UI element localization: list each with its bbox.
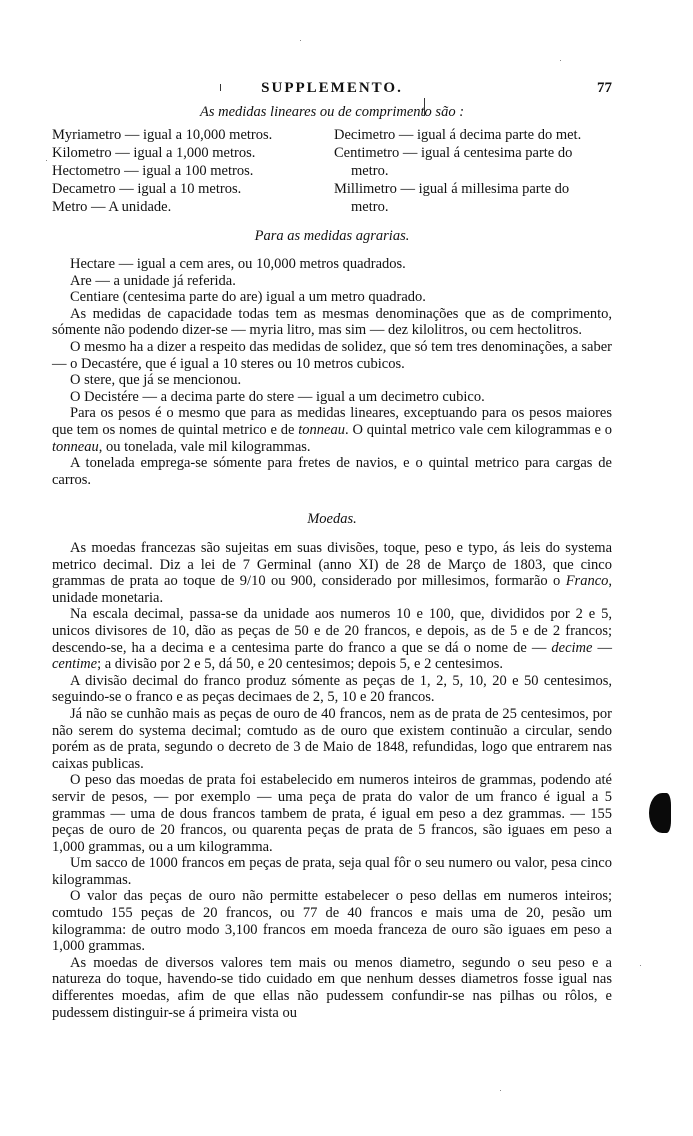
scan-speck xyxy=(46,160,47,161)
paragraph-franc-division: A divisão decimal do franco produz sómen… xyxy=(52,673,612,706)
italic-term: tonneau xyxy=(298,422,345,438)
agrarian-heading: Para as medidas agrarias. xyxy=(52,228,612,245)
paragraph-stere: O stere, que já se mencionou. xyxy=(52,372,612,389)
paragraph-diameters: As moedas de diversos valores tem mais o… xyxy=(52,955,612,1021)
unit-myriametro: Myriametro — igual a 10,000 metros. xyxy=(52,126,327,144)
unit-decametro: Decametro — igual a 10 metros. xyxy=(52,180,327,198)
paragraph-are: Are — a unidade já referida. xyxy=(52,273,612,290)
italic-term: centime xyxy=(52,656,97,672)
paragraph-capacity: As medidas de capacidade todas tem as me… xyxy=(52,306,612,339)
paragraph-solidity: O mesmo ha a dizer a respeito das medida… xyxy=(52,339,612,372)
text-run: Na escala decimal, passa-se da unidade a… xyxy=(52,606,612,655)
text-run: , ou tonelada, vale mil kilogrammas. xyxy=(99,439,311,455)
text-run: ; a divisão por 2 e 5, dá 50, e 20 cente… xyxy=(97,656,503,672)
running-title: SUPPLEMENTO. xyxy=(52,80,612,97)
running-head: SUPPLEMENTO. 77 xyxy=(52,80,612,100)
scan-speck xyxy=(500,1090,501,1091)
linear-measures-heading: As medidas lineares ou de comprimento sã… xyxy=(52,104,612,121)
units-right-column: Decimetro — igual á decima parte do met.… xyxy=(334,126,624,216)
paragraph-centiare: Centiare (centesima parte do are) igual … xyxy=(52,289,612,306)
paragraph-silver-weight: O peso das moedas de prata foi estabelec… xyxy=(52,772,612,855)
paragraph-weights: Para os pesos é o mesmo que para as medi… xyxy=(52,405,612,455)
text-run: — xyxy=(592,640,612,656)
paragraph-hectare: Hectare — igual a cem ares, ou 10,000 me… xyxy=(52,256,612,273)
text-run: As moedas francezas são sujeitas em suas… xyxy=(52,540,612,589)
scan-speck xyxy=(640,965,641,966)
text-run: . O quintal metrico vale cem kilogrammas… xyxy=(345,422,612,438)
unit-millimetro: Millimetro — igual á millesima parte do xyxy=(334,180,624,198)
paragraph-minting: Já não se cunhão mais as peças de ouro d… xyxy=(52,706,612,772)
paragraph-decimal-scale: Na escala decimal, passa-se da unidade a… xyxy=(52,606,612,672)
print-mark xyxy=(424,98,425,116)
units-left-column: Myriametro — igual a 10,000 metros. Kilo… xyxy=(52,126,327,216)
paragraph-decistere: O Decistére — a decima parte do stere — … xyxy=(52,389,612,406)
unit-kilometro: Kilometro — igual a 1,000 metros. xyxy=(52,144,327,162)
ink-blot xyxy=(649,793,671,833)
scan-speck xyxy=(300,40,301,41)
paragraph-gold-weight: O valor das peças de ouro não permitte e… xyxy=(52,888,612,954)
page-number: 77 xyxy=(597,80,612,97)
unit-millimetro-continuation: metro. xyxy=(334,198,624,216)
agrarian-section: Hectare — igual a cem ares, ou 10,000 me… xyxy=(52,256,612,488)
unit-centimetro-continuation: metro. xyxy=(334,162,624,180)
scanned-page: SUPPLEMENTO. 77 As medidas lineares ou d… xyxy=(0,0,693,1136)
paragraph-coins-law: As moedas francezas são sujeitas em suas… xyxy=(52,540,612,606)
italic-term: tonneau xyxy=(52,439,99,455)
unit-decimetro: Decimetro — igual á decima parte do met. xyxy=(334,126,624,144)
coins-section: As moedas francezas são sujeitas em suas… xyxy=(52,540,612,1021)
coins-heading: Moedas. xyxy=(52,511,612,528)
unit-centimetro: Centimetro — igual á centesima parte do xyxy=(334,144,624,162)
italic-term: decime xyxy=(551,640,592,656)
unit-metro: Metro — A unidade. xyxy=(52,198,327,216)
italic-term: Franco xyxy=(566,573,609,589)
unit-hectometro: Hectometro — igual a 100 metros. xyxy=(52,162,327,180)
scan-speck xyxy=(560,60,561,61)
paragraph-sack: Um sacco de 1000 francos em peças de pra… xyxy=(52,855,612,888)
paragraph-tonelada: A tonelada emprega-se sómente para frete… xyxy=(52,455,612,488)
